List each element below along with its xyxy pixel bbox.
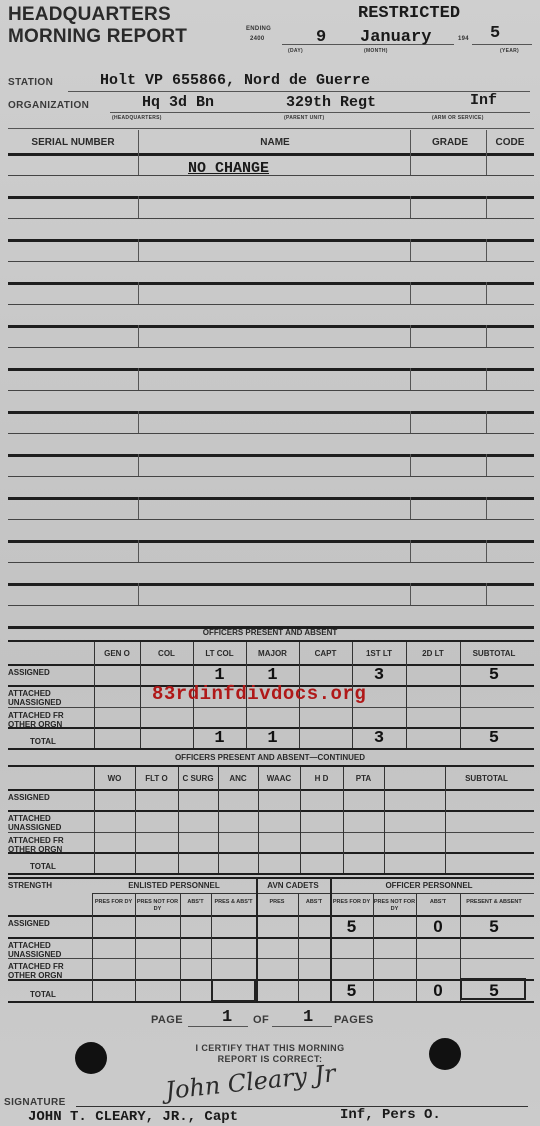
- organization-parent-unit: 329th Regt: [286, 94, 376, 111]
- page-total: 1: [303, 1008, 313, 1027]
- officers-continued-column-header: FLT O: [135, 774, 178, 783]
- binder-hole-right: [429, 1038, 461, 1070]
- roster-column-divider: [138, 153, 139, 175]
- officers-row-label: ATTACHED UNASSIGNED: [8, 689, 88, 707]
- officers-table-title: OFFICERS PRESENT AND ABSENT: [0, 628, 540, 637]
- column-name: NAME: [140, 137, 410, 148]
- ending-time-label: 2400: [250, 36, 265, 42]
- officer-total-box: [460, 978, 526, 1000]
- certify-line-2: REPORT IS CORRECT:: [160, 1054, 380, 1064]
- roster-column-divider: [410, 153, 411, 175]
- officers-continued-column-divider: [300, 767, 301, 873]
- station-value: Holt VP 655866, Nord de Guerre: [100, 72, 370, 89]
- strength-column-header: PRES: [256, 899, 298, 906]
- officers-column-header: LT COL: [193, 649, 246, 658]
- officers-continued-column-header: SUBTOTAL: [445, 774, 528, 783]
- strength-row-label: ATTACHED UNASSIGNED: [8, 941, 88, 959]
- roster-rule: [8, 368, 534, 371]
- year-caption: (YEAR): [500, 48, 519, 54]
- officers-column-header: COL: [140, 649, 193, 658]
- roster-rule: [8, 153, 534, 156]
- signature-label: SIGNATURE: [4, 1097, 66, 1108]
- signature-handwritten: John Cleary Jr: [164, 1059, 337, 1105]
- strength-column-divider: [92, 893, 93, 1001]
- strength-cell: 0: [416, 981, 460, 1001]
- roster-column-divider: [138, 239, 139, 261]
- officers-continued-column-divider: [135, 767, 136, 873]
- roster-column-divider: [138, 454, 139, 476]
- roster-rule: [8, 282, 534, 285]
- day-caption: (DAY): [288, 48, 303, 54]
- officers-continued-column-divider: [218, 767, 219, 873]
- of-label: OF: [253, 1014, 269, 1026]
- roster-column-divider: [138, 540, 139, 562]
- officers-column-header: CAPT: [299, 649, 352, 658]
- strength-column-header: ABS'T: [298, 899, 330, 906]
- roster-rule: [8, 583, 534, 586]
- officers-cell: 5: [460, 666, 528, 685]
- strength-column-header: ABS'T: [416, 899, 460, 906]
- officers-column-header: 1ST LT: [352, 649, 406, 658]
- officers-column-header: MAJOR: [246, 649, 299, 658]
- signer-branch: Inf, Pers O.: [340, 1107, 441, 1123]
- strength-row-label: ASSIGNED: [8, 919, 88, 928]
- binder-hole-left: [75, 1042, 107, 1074]
- officers-continued-column-header: C SURG: [178, 774, 218, 783]
- strength-column-header: PRES NOT FOR DY: [135, 899, 180, 913]
- roster-rule: [8, 175, 534, 176]
- officers-continued-column-header: WAAC: [258, 774, 300, 783]
- officers-continued-column-divider: [445, 767, 446, 873]
- officers-column-divider: [406, 642, 407, 748]
- organization-label: ORGANIZATION: [8, 100, 89, 111]
- officers-continued-column-divider: [178, 767, 179, 873]
- headquarters-caption: (HEADQUARTERS): [112, 115, 162, 121]
- report-day: 9: [316, 28, 326, 47]
- roster-rule: [8, 540, 534, 543]
- roster-column-divider: [410, 239, 411, 261]
- signer-typed-name: JOHN T. CLEARY, JR., Capt: [28, 1109, 238, 1125]
- officers-cell: 3: [352, 729, 406, 748]
- strength-column-divider: [298, 893, 299, 1001]
- roster-column-divider: [410, 325, 411, 347]
- officers-continued-row-label: ATTACHED UNASSIGNED: [8, 814, 88, 832]
- roster-column-divider: [486, 368, 487, 390]
- page-number: 1: [222, 1008, 232, 1027]
- roster-rule: [8, 196, 534, 199]
- roster-rule: [8, 519, 534, 520]
- roster-header-divider: [138, 130, 139, 153]
- strength-column-header: PRES & ABS'T: [211, 899, 256, 906]
- title-morning-report: MORNING REPORT: [8, 26, 187, 47]
- strength-group-header: AVN CADETS: [256, 881, 330, 890]
- officers-continued-column-header: WO: [94, 774, 135, 783]
- officers-row-label: ASSIGNED: [8, 668, 88, 677]
- roster-rule: [8, 304, 534, 305]
- roster-rule: [8, 218, 534, 219]
- officers-cell: 5: [460, 729, 528, 748]
- roster-column-divider: [138, 325, 139, 347]
- roster-column-divider: [410, 282, 411, 304]
- page-label: PAGE: [151, 1014, 183, 1026]
- strength-group-header: ENLISTED PERSONNEL: [92, 881, 256, 890]
- strength-column-header: ABS'T: [180, 899, 211, 906]
- officers-continued-column-header: H D: [300, 774, 343, 783]
- roster-header-divider: [410, 130, 411, 153]
- strength-row-label: TOTAL: [30, 990, 110, 999]
- title-headquarters: HEADQUARTERS: [8, 4, 171, 25]
- officers-column-header: SUBTOTAL: [460, 649, 528, 658]
- officers-cell: 1: [246, 729, 299, 748]
- roster-rule: [8, 390, 534, 391]
- report-year: 5: [490, 24, 500, 43]
- strength-cell: 5: [330, 981, 373, 1001]
- officers-continued-column-header: PTA: [343, 774, 384, 783]
- officers-column-header: 2D LT: [406, 649, 460, 658]
- roster-column-divider: [486, 497, 487, 519]
- roster-rule: [8, 454, 534, 457]
- officers-continued-row-label: TOTAL: [30, 862, 110, 871]
- certify-line-1: I CERTIFY THAT THIS MORNING: [160, 1043, 380, 1053]
- roster-column-divider: [486, 454, 487, 476]
- officers-continued-column-divider: [384, 767, 385, 873]
- strength-column-header: PRES FOR DY: [330, 899, 373, 906]
- roster-column-divider: [410, 368, 411, 390]
- arm-caption: (ARM OR SERVICE): [432, 115, 484, 121]
- roster-column-divider: [486, 153, 487, 175]
- roster-rule: [8, 605, 534, 606]
- roster-rule: [8, 497, 534, 500]
- column-code: CODE: [488, 137, 532, 148]
- roster-rule: [8, 411, 534, 414]
- officers-column-divider: [460, 642, 461, 748]
- roster-column-divider: [410, 196, 411, 218]
- watermark: 83rdinfdivdocs.org: [152, 683, 366, 705]
- strength-label: STRENGTH: [8, 881, 88, 890]
- officers-continued-column-divider: [343, 767, 344, 873]
- strength-group-header: OFFICER PERSONNEL: [330, 881, 528, 890]
- morning-report-page: HEADQUARTERS MORNING REPORT RESTRICTED E…: [0, 0, 540, 1126]
- roster-column-divider: [138, 282, 139, 304]
- roster-column-divider: [138, 583, 139, 605]
- ending-label: ENDING: [246, 26, 271, 32]
- roster-column-divider: [410, 454, 411, 476]
- roster-header-divider: [486, 130, 487, 153]
- officers-continued-column-divider: [258, 767, 259, 873]
- roster-rule: [8, 347, 534, 348]
- strength-row-label: ATTACHED FR OTHER ORGN: [8, 962, 88, 980]
- strength-column-header: PRES NOT FOR DY: [373, 899, 416, 913]
- strength-cell: 5: [460, 917, 528, 937]
- officers-continued-column-header: ANC: [218, 774, 258, 783]
- pages-label: PAGES: [334, 1014, 374, 1026]
- roster-column-divider: [138, 497, 139, 519]
- roster-column-divider: [486, 325, 487, 347]
- column-serial-number: SERIAL NUMBER: [8, 137, 138, 148]
- strength-column-divider: [416, 893, 417, 1001]
- roster-column-divider: [486, 411, 487, 433]
- year-prefix: 194: [458, 36, 469, 42]
- officers-continued-column-divider: [94, 767, 95, 873]
- roster-rule: [8, 433, 534, 434]
- officers-continued-title: OFFICERS PRESENT AND ABSENT—CONTINUED: [0, 753, 540, 762]
- month-caption: (MONTH): [364, 48, 388, 54]
- roster-column-divider: [486, 540, 487, 562]
- organization-arm: Inf: [470, 92, 497, 109]
- strength-column-divider: [330, 893, 332, 1001]
- officers-cell: 1: [193, 729, 246, 748]
- roster-column-divider: [410, 497, 411, 519]
- strength-column-divider: [135, 893, 136, 1001]
- enlisted-total-box: [211, 979, 256, 1002]
- officers-column-divider: [94, 642, 95, 748]
- roster-column-divider: [486, 282, 487, 304]
- roster-rule: [8, 325, 534, 328]
- strength-column-divider: [180, 893, 181, 1001]
- strength-column-header: PRES FOR DY: [92, 899, 135, 906]
- roster-column-divider: [138, 368, 139, 390]
- roster-column-divider: [486, 239, 487, 261]
- officers-continued-row-label: ASSIGNED: [8, 793, 88, 802]
- officers-column-header: GEN O: [94, 649, 140, 658]
- strength-column-divider: [373, 893, 374, 1001]
- station-label: STATION: [8, 77, 53, 88]
- roster-column-divider: [138, 411, 139, 433]
- roster-rule: [8, 562, 534, 563]
- strength-cell: 0: [416, 917, 460, 937]
- strength-column-header: PRESENT & ABSENT: [460, 899, 528, 906]
- strength-column-divider: [256, 893, 258, 1001]
- officers-row-label: TOTAL: [30, 737, 110, 746]
- roster-column-divider: [410, 540, 411, 562]
- roster-column-divider: [410, 583, 411, 605]
- strength-cell: 5: [330, 917, 373, 937]
- roster-rule: [8, 261, 534, 262]
- classification-stamp: RESTRICTED: [358, 4, 460, 23]
- roster-column-divider: [486, 196, 487, 218]
- roster-rule: [8, 476, 534, 477]
- column-grade: GRADE: [412, 137, 488, 148]
- roster-column-divider: [410, 411, 411, 433]
- officers-column-divider: [140, 642, 141, 748]
- report-month: January: [360, 28, 431, 47]
- parent-unit-caption: (PARENT UNIT): [284, 115, 324, 121]
- roster-column-divider: [486, 583, 487, 605]
- organization-headquarters: Hq 3d Bn: [142, 94, 214, 111]
- roster-column-divider: [138, 196, 139, 218]
- roster-rule: [8, 239, 534, 242]
